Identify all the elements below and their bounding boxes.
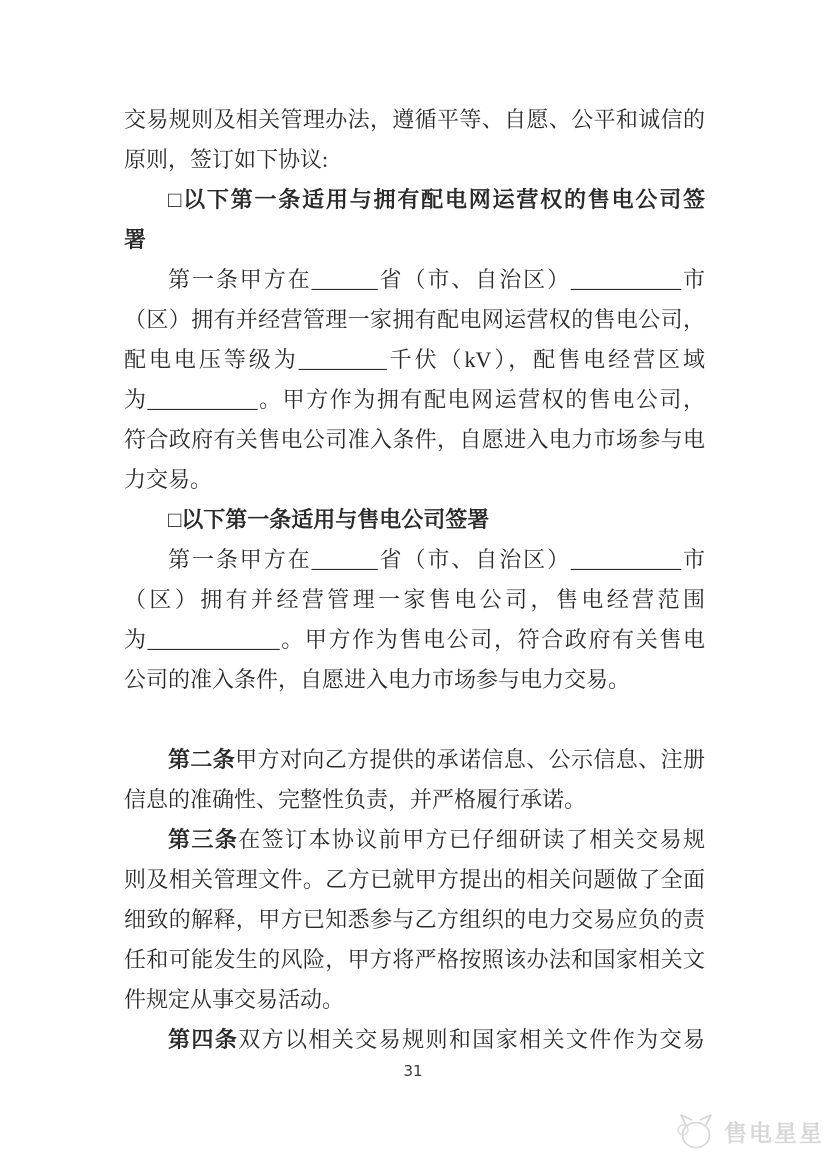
doc-line: 细致的解释，甲方已知悉参与乙方组织的电力交易应负的责 <box>124 900 705 940</box>
doc-line: 公司的准入条件，自愿进入电力市场参与电力交易。 <box>124 660 705 700</box>
doc-line: 符合政府有关售电公司准入条件，自愿进入电力市场参与电 <box>124 420 705 460</box>
doc-line: 信息的准确性、完整性负责，并严格履行承诺。 <box>124 780 705 820</box>
doc-line: （区）拥有并经营管理一家售电公司，售电经营范围 <box>124 580 705 620</box>
watermark-label: 售电星星 <box>724 1115 824 1148</box>
section-heading-line: 署 <box>124 220 705 260</box>
doc-line: 第一条甲方在______省（市、自治区）__________市 <box>124 260 705 300</box>
doc-line: 交易规则及相关管理办法，遵循平等、自愿、公平和诚信的 <box>124 100 705 140</box>
doc-line: 则及相关管理文件。乙方已就甲方提出的相关问题做了全面 <box>124 860 705 900</box>
section-heading-line: □以下第一条适用与拥有配电网运营权的售电公司签 <box>124 180 705 220</box>
doc-line: 任和可能发生的风险，甲方将严格按照该办法和国家相关文 <box>124 940 705 980</box>
section-heading-line: □以下第一条适用与售电公司签署 <box>124 500 705 540</box>
cat-logo-icon <box>674 1112 716 1150</box>
doc-line: 为__________。甲方作为拥有配电网运营权的售电公司， <box>124 380 705 420</box>
doc-line: 配电电压等级为________千伏（kV），配售电经营区域 <box>124 340 705 380</box>
blank-line <box>124 700 705 740</box>
doc-line: 原则，签订如下协议: <box>124 140 705 180</box>
contract-page-body: 交易规则及相关管理办法，遵循平等、自愿、公平和诚信的 原则，签订如下协议: □以… <box>124 100 705 1060</box>
doc-line: 力交易。 <box>124 460 705 500</box>
watermark: 售电星星 <box>674 1112 824 1150</box>
doc-line: 第四条双方以相关交易规则和国家相关文件作为交易 <box>124 1020 705 1060</box>
page-number: 31 <box>0 1062 826 1080</box>
doc-line: 第三条在签订本协议前甲方已仔细研读了相关交易规 <box>124 820 705 860</box>
doc-line: 为____________。甲方作为售电公司，符合政府有关售电 <box>124 620 705 660</box>
doc-line: 第一条甲方在______省（市、自治区）__________市 <box>124 540 705 580</box>
doc-line: （区）拥有并经营管理一家拥有配电网运营权的售电公司， <box>124 300 705 340</box>
doc-line: 第二条甲方对向乙方提供的承诺信息、公示信息、注册 <box>124 740 705 780</box>
doc-line: 件规定从事交易活动。 <box>124 980 705 1020</box>
